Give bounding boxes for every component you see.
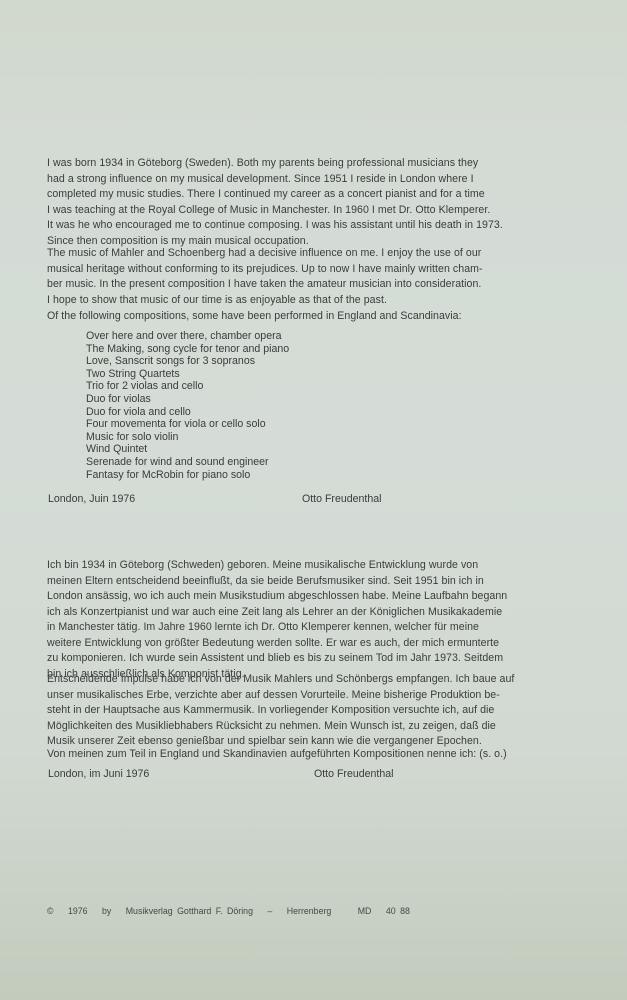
english-place-date: London, Juin 1976 xyxy=(48,493,135,505)
list-item: Over here and over there, chamber opera xyxy=(86,330,289,343)
text-line: ber music. In the present composition I … xyxy=(47,277,567,293)
list-item: Two String Quartets xyxy=(86,368,289,381)
list-item: Fantasy for McRobin for piano solo xyxy=(86,469,289,482)
text-line: I was teaching at the Royal College of M… xyxy=(47,203,567,219)
footer-catalog-number: 40 88 xyxy=(386,906,410,916)
copyright-icon: © xyxy=(47,906,53,916)
footer-dash: – xyxy=(267,906,272,916)
document-page: I was born 1934 in Göteborg (Sweden). Bo… xyxy=(0,0,627,1000)
compositions-list: Over here and over there, chamber opera … xyxy=(86,330,289,481)
german-place-date: London, im Juni 1976 xyxy=(48,768,149,780)
text-line: weitere Entwicklung von größter Bedeutun… xyxy=(47,636,567,652)
list-item: Wind Quintet xyxy=(86,443,289,456)
text-line: Von meinen zum Teil in England und Skand… xyxy=(47,747,567,763)
text-line: zu komponieren. Ich wurde sein Assistent… xyxy=(47,651,567,667)
english-paragraph-2: The music of Mahler and Schoenberg had a… xyxy=(47,246,567,308)
text-line: musical heritage without conforming to i… xyxy=(47,262,567,278)
text-line: Ich bin 1934 in Göteborg (Schweden) gebo… xyxy=(47,558,567,574)
list-item: Four movementa for viola or cello solo xyxy=(86,418,289,431)
footer-city: Herrenberg xyxy=(287,906,332,916)
list-item: The Making, song cycle for tenor and pia… xyxy=(86,343,289,356)
text-line: completed my music studies. There I cont… xyxy=(47,187,567,203)
compositions-intro: Of the following compositions, some have… xyxy=(47,309,567,325)
german-signature: Otto Freudenthal xyxy=(314,768,394,780)
german-compositions-note: Von meinen zum Teil in England und Skand… xyxy=(47,747,567,763)
text-line: I was born 1934 in Göteborg (Sweden). Bo… xyxy=(47,156,567,172)
english-paragraph-1: I was born 1934 in Göteborg (Sweden). Bo… xyxy=(47,156,567,249)
list-item: Music for solo violin xyxy=(86,431,289,444)
text-line: in Manchester tätig. Im Jahre 1960 lernt… xyxy=(47,620,567,636)
english-signature: Otto Freudenthal xyxy=(302,493,382,505)
list-item: Duo for violas xyxy=(86,393,289,406)
text-line: steht in der Hauptsache aus Kammermusik.… xyxy=(47,703,567,719)
text-line: ich als Konzertpianist und war auch eine… xyxy=(47,605,567,621)
footer-publisher: Musikverlag Gotthard F. Döring xyxy=(126,906,253,916)
text-line: meinen Eltern entscheidend beeinflußt, d… xyxy=(47,574,567,590)
text-line: unser musikalisches Erbe, verzichte aber… xyxy=(47,688,567,704)
text-line: London ansässig, wo ich auch mein Musiks… xyxy=(47,589,567,605)
german-paragraph-1: Ich bin 1934 in Göteborg (Schweden) gebo… xyxy=(47,558,567,682)
text-line: Of the following compositions, some have… xyxy=(47,309,567,325)
text-line: The music of Mahler and Schoenberg had a… xyxy=(47,246,567,262)
text-line: Möglichkeiten des Musikliebhabers Rücksi… xyxy=(47,719,567,735)
footer-by: by xyxy=(102,906,111,916)
list-item: Love, Sanscrit songs for 3 sopranos xyxy=(86,355,289,368)
footer-year: 1976 xyxy=(68,906,88,916)
text-line: I hope to show that music of our time is… xyxy=(47,293,567,309)
list-item: Trio for 2 violas and cello xyxy=(86,380,289,393)
footer-catalog-prefix: MD xyxy=(358,906,372,916)
german-paragraph-2: Entscheidende Impulse habe ich von der M… xyxy=(47,672,567,750)
list-item: Duo for viola and cello xyxy=(86,406,289,419)
text-line: It was he who encouraged me to continue … xyxy=(47,218,567,234)
text-line: Entscheidende Impulse habe ich von der M… xyxy=(47,672,567,688)
text-line: had a strong influence on my musical dev… xyxy=(47,172,567,188)
copyright-footer: © 1976 by Musikverlag Gotthard F. Döring… xyxy=(47,906,420,916)
list-item: Serenade for wind and sound engineer xyxy=(86,456,289,469)
